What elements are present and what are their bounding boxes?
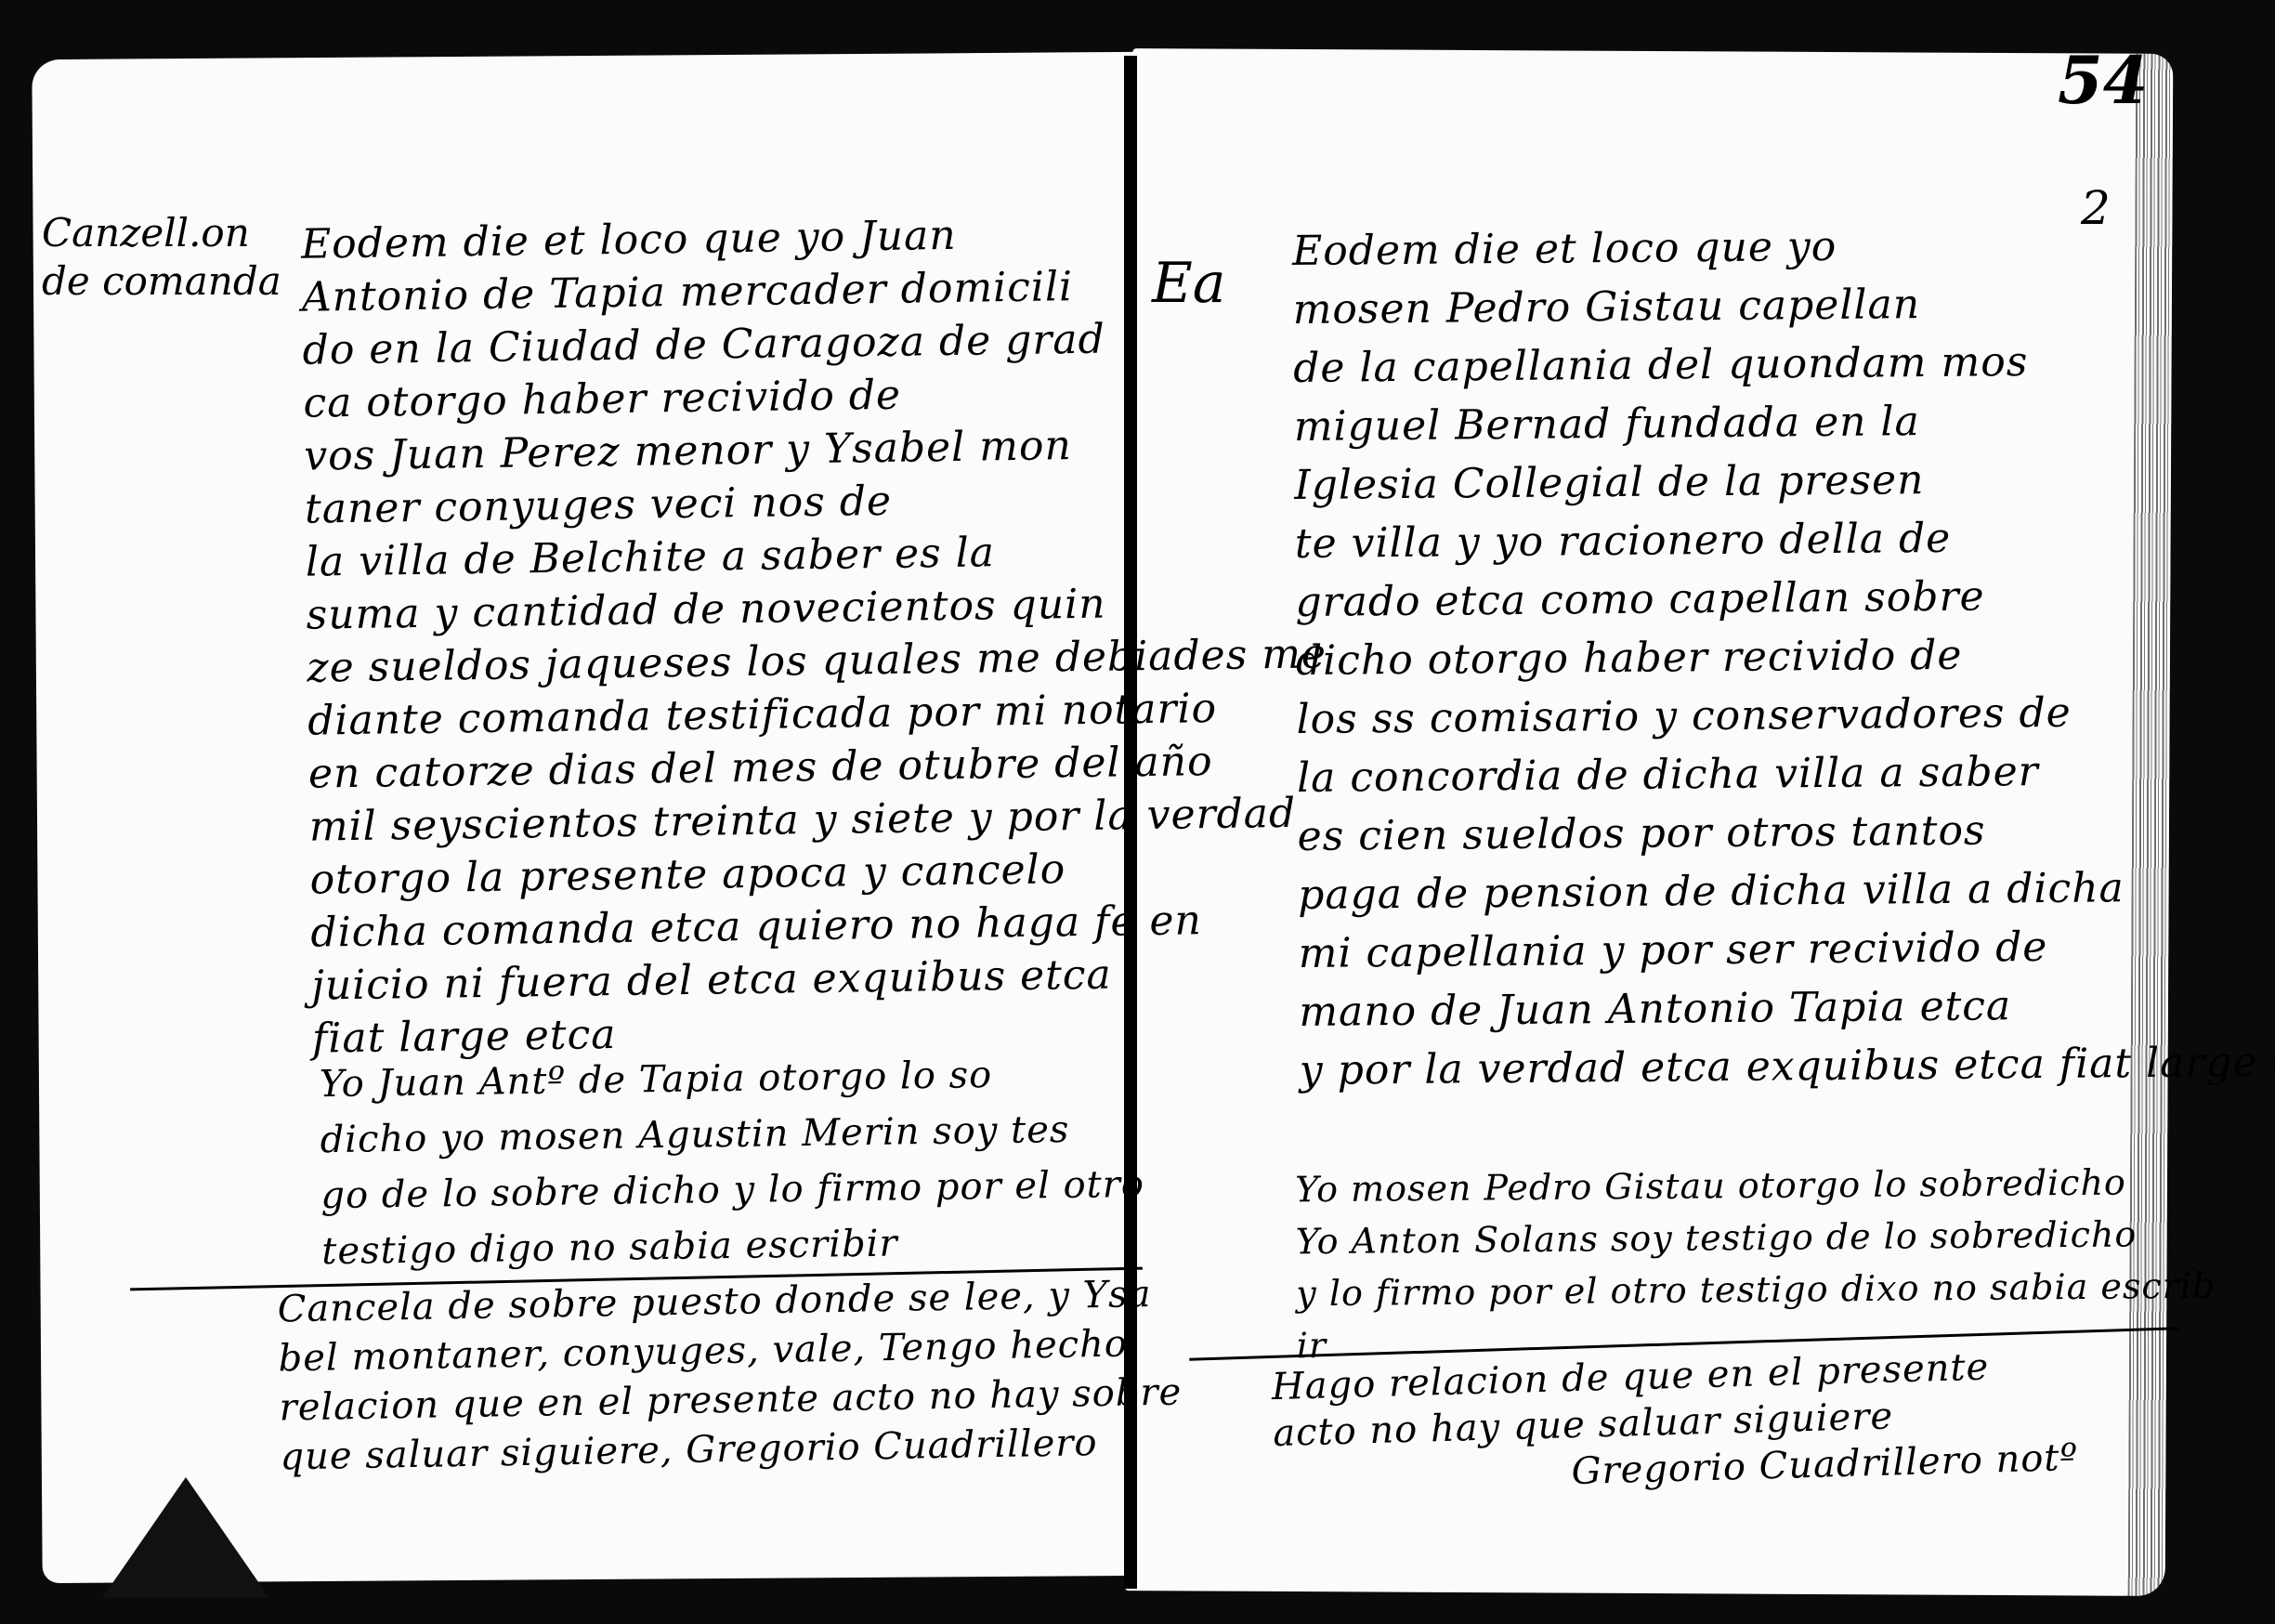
text-line: te villa y yo racionero della de xyxy=(1295,506,2275,574)
text-line: de la capellania del quondam mos xyxy=(1293,331,2275,399)
signature-line: Yo Anton Solans soy testigo de lo sobred… xyxy=(1296,1205,2216,1265)
right-bottom-note: Hago relacion de que en el presente acto… xyxy=(1271,1336,2079,1498)
right-page-body: Eodem die et loco que yo mosen Pedro Gis… xyxy=(1292,214,2275,1101)
margin-note-line: Canzell.on xyxy=(42,209,281,257)
text-line: mi capellania y por ser recivido de xyxy=(1298,916,2275,984)
gutter-flourish: Ea xyxy=(1152,251,1226,316)
text-line: Eodem die et loco que yo xyxy=(1292,214,2275,282)
signature-line: Yo mosen Pedro Gistau otorgo lo sobredic… xyxy=(1295,1153,2215,1213)
text-line: grado etca como capellan sobre xyxy=(1295,565,2275,633)
text-line: dicho otorgo haber recivido de xyxy=(1296,623,2275,691)
text-line: mosen Pedro Gistau capellan xyxy=(1292,272,2275,340)
right-signatures: Yo mosen Pedro Gistau otorgo lo sobredic… xyxy=(1295,1153,2216,1369)
text-line: paga de pension de dicha villa a dicha xyxy=(1298,858,2275,925)
signature-line: y lo firmo por el otro testigo dixo no s… xyxy=(1296,1257,2216,1317)
left-bottom-note: Cancela de sobre puesto donde se lee, y … xyxy=(277,1265,1183,1478)
text-line: Iglesia Collegial de la presen xyxy=(1294,448,2275,516)
text-line: mano de Juan Antonio Tapia etca xyxy=(1299,975,2275,1042)
folio-number: 54 xyxy=(2058,42,2148,119)
text-line: miguel Bernad fundada en la xyxy=(1294,389,2275,457)
left-margin-note: Canzell.on de comanda xyxy=(42,209,281,306)
left-signatures: Yo Juan Antº de Tapia otorgo lo so dicho… xyxy=(319,1044,1145,1278)
text-line: es cien sueldos por otros tantos xyxy=(1297,799,2275,867)
left-page-body: Eodem die et loco que yo Juan Antonio de… xyxy=(301,202,1332,1063)
margin-note-line: de comanda xyxy=(42,257,281,306)
text-line: los ss comisario y conservadores de xyxy=(1296,682,2275,750)
folded-corner xyxy=(102,1477,269,1598)
text-line: la concordia de dicha villa a saber xyxy=(1297,740,2275,808)
signature-line: go de lo sobre dicho y lo firmo por el o… xyxy=(320,1156,1144,1223)
text-line: y por la verdad etca exquibus etca fiat … xyxy=(1300,1033,2275,1101)
